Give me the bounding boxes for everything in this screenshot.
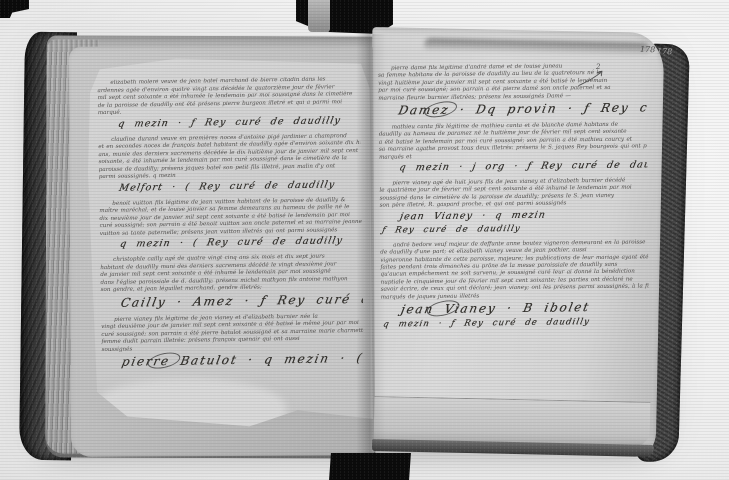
register-entry: pierre vianey fils légitime de jean vian… [101, 312, 364, 370]
scan-background-top-left [0, 0, 29, 18]
entry-lines: pierre vianey fils légitime de jean vian… [101, 312, 364, 354]
entry-lines: christophle cailly agé de quatre vingt c… [100, 253, 363, 295]
signature-line: q mezin · ƒ Rey curé de daudilly [382, 315, 650, 330]
signature-line: Cailly · Amez · ƒ Rey curé de daudilly [119, 291, 364, 310]
entry-lines: benoit vuitton fils légitime de jean vui… [99, 196, 362, 238]
register-entry: benoit vuitton fils légitime de jean vui… [99, 196, 362, 251]
signature-line: jean Vianey · B ibolet [399, 299, 650, 317]
register-entry: claudine durand veuve en premières noces… [98, 132, 361, 194]
page-number: 178 [640, 45, 656, 55]
signature-line: pierre Batulot · q mezin · ( Rey curé de… [120, 351, 364, 370]
signature-line: q mezin · j org · ƒ Rey curé de daudilly [398, 159, 648, 174]
register-entry: christophle cailly agé de quatre vingt c… [100, 253, 363, 311]
page-number-ghost: 178 [657, 47, 673, 57]
right-page-text: pierre damé fils légitime d'andré damé e… [378, 62, 650, 401]
scan-background-bottom-center [329, 453, 411, 480]
signature-line: q mezin · ƒ Rey curé de daudilly [117, 114, 361, 130]
register-entry: mathieu canta fils légitime de mathieu c… [379, 121, 648, 174]
entry-lines: andré bedore veuf majeur de deffunte ann… [380, 239, 649, 302]
register-entry: pierre vianey agé de huit jours fils de … [379, 177, 648, 236]
left-page-block-corner [308, 0, 330, 32]
entry-lines: mathieu canta fils légitime de mathieu c… [379, 121, 647, 161]
signature-line: Melfort · ( Rey curé de daudilly [118, 178, 362, 194]
signature-line: q mezin · ( Rey curé de daudilly [119, 235, 363, 251]
manuscript-scan: elizabeth moleré veuve de jean batel mar… [0, 0, 729, 480]
register-entry: andré bedore veuf majeur de deffunte ann… [380, 239, 649, 331]
signature-line: Damez · Dq provin · ƒ Rey curé de daudil… [397, 100, 648, 118]
register-entry: elizabeth moleré veuve de jean batel mar… [97, 76, 360, 131]
entry-lines: elizabeth moleré veuve de jean batel mar… [97, 76, 360, 118]
signature-line: ƒ Rey curé de daudilly [381, 221, 649, 236]
left-page-text: elizabeth moleré veuve de jean batel mar… [97, 76, 364, 420]
entry-lines: pierre vianey agé de huit jours fils de … [379, 177, 647, 210]
entry-lines: claudine durand veuve en premières noces… [98, 132, 361, 181]
